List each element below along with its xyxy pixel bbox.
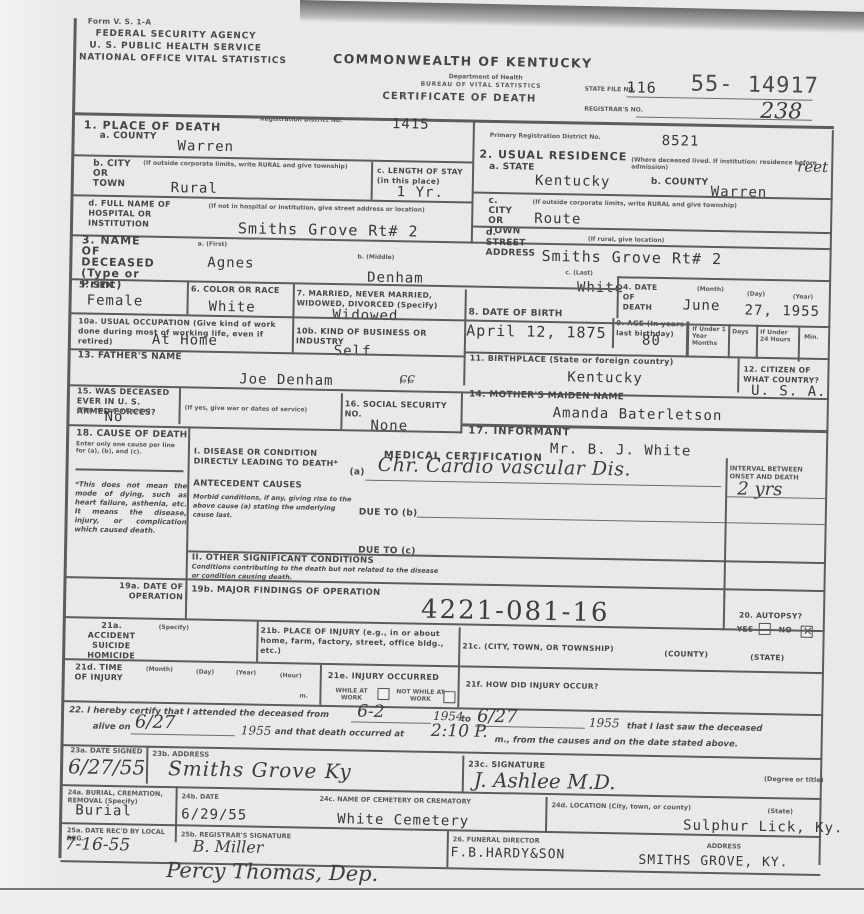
burial-date-label: 24b. DATE (182, 792, 219, 801)
accident-label: 21a. ACCIDENT SUICIDE HOMICIDE (76, 620, 147, 661)
time-of-injury-label: 21d. TIME OF INJURY (74, 662, 124, 683)
date-of-death-label: 4. DATE OF DEATH (623, 282, 664, 313)
primary-district: 8521 (662, 133, 700, 150)
state-file-prefix: 116 (626, 78, 656, 97)
scan-bottom-edge (0, 888, 864, 914)
under-24-hours-label: If Under 24 Hours (760, 329, 796, 344)
funeral-address: SMITHS GROVE, KY. (638, 853, 788, 871)
form-number: Form V. S. 1-A (88, 16, 152, 26)
residence-street-note: (If rural, give location) (588, 236, 665, 244)
accident-specify: (Specify) (159, 624, 189, 632)
cemetery-label: 24c. NAME OF CEMETERY OR CREMATORY (319, 795, 471, 806)
antecedent-label: ANTECEDENT CAUSES (193, 478, 302, 490)
registration-district: 1415 (392, 116, 430, 133)
certificate-title: CERTIFICATE OF DEATH (382, 91, 536, 105)
death-county-label: a. COUNTY (100, 131, 157, 142)
death-city: Rural (171, 180, 218, 197)
under-1-year-label: If Under 1 Year Months (692, 326, 728, 348)
first-name: Agnes (207, 255, 254, 272)
residence-city: Route (534, 211, 581, 228)
primary-district-label: Primary Registration District No. (490, 132, 601, 141)
degree-label: (Degree or title) (764, 775, 824, 784)
registrar-number-label: REGISTRAR'S NO. (584, 106, 643, 114)
cause-line-a: Chr. Cardio vascular Dis. (377, 454, 631, 481)
burial-location-state-label: (State) (767, 807, 793, 815)
physician-signature: J. Ashlee M.D. (474, 768, 616, 795)
due-to-b-label: DUE TO (b) (359, 508, 418, 519)
state-title: COMMONWEALTH OF KENTUCKY (333, 51, 593, 71)
disease-label: I. DISEASE OR CONDITION DIRECTLY LEADING… (194, 446, 344, 469)
autopsy-label: 20. AUTOPSY? (739, 611, 803, 622)
death-year-label: (Year) (793, 293, 813, 300)
death-county: Warren (177, 138, 234, 155)
father-name: Joe Denham (239, 371, 334, 389)
father-name-label: 13. FATHER'S NAME (78, 350, 182, 362)
registrar-signature: B. Miller (192, 837, 263, 857)
while-at-work-label: WHILE AT WORK (325, 687, 377, 702)
line-a-label: (a) (349, 467, 364, 477)
residence-county-label: b. COUNTY (651, 177, 709, 188)
operation-findings-label: 19b. MAJOR FINDINGS OF OPERATION (191, 584, 380, 597)
residence-state-label: a. STATE (489, 162, 535, 173)
death-day-year: 27, 1955 (744, 303, 820, 320)
race: White (208, 299, 255, 316)
burial-method: Burial (75, 802, 132, 819)
usual-residence-label: 2. USUAL RESIDENCE (479, 148, 627, 164)
institution-note: (If not in hospital or institution, give… (208, 203, 448, 214)
deputy-signature: Percy Thomas, Dep. (166, 858, 378, 886)
bureau: BUREAU OF VITAL STATISTICS (421, 81, 542, 90)
burial-date: 6/29/55 (181, 806, 247, 823)
alive-on-year: 1955 (241, 723, 272, 738)
registration-district-label: Registration District No. (260, 116, 342, 125)
injury-county-label: (COUNTY) (664, 649, 708, 660)
attended-from: 6-2 (357, 702, 385, 722)
informant-label: 17. INFORMANT (468, 426, 570, 439)
min-label: Min. (804, 334, 819, 341)
place-of-injury-label: 21b. PLACE OF INJURY (e.g., in or about … (260, 626, 457, 660)
sex: Female (86, 293, 143, 310)
injury-m-label: m. (299, 692, 308, 699)
alive-on-date: 6/27 (135, 711, 176, 733)
father-mark: ɕɕ (399, 370, 415, 386)
injury-occurred-label: 21e. INJURY OCCURRED (328, 671, 439, 683)
state-file-number: 55- 14917 (690, 72, 819, 99)
residence-city-note: (If outside corporate limits, write RURA… (532, 199, 822, 211)
death-occurred-label: and that death occurred at (275, 728, 404, 739)
injury-year-label: (Year) (236, 669, 256, 676)
date-signed: 6/27/55 (68, 754, 146, 779)
birth-date-label: 8. DATE OF BIRTH (468, 308, 562, 320)
operation-date-label: 19a. DATE OF OPERATION (75, 580, 183, 602)
left-border (58, 18, 76, 858)
institution-label: d. FULL NAME OF HOSPITAL OR INSTITUTION (88, 199, 199, 231)
antecedent-note: Morbid conditions, if any, giving rise t… (193, 492, 353, 522)
how-injury-label: 21f. HOW DID INJURY OCCUR? (466, 680, 599, 692)
certify-line-1: 22. I hereby certify that I attended the… (69, 706, 329, 720)
sex-label: 5. SEX (79, 280, 113, 291)
birthplace: Kentucky (567, 369, 643, 386)
not-at-work-checkbox[interactable] (443, 691, 455, 703)
marital-status: Widowed (332, 307, 398, 324)
last-name-label: c. (Last) (565, 269, 593, 277)
armed-forces: No (104, 409, 123, 425)
first-name-label: a. (First) (198, 241, 228, 249)
death-city-note: (If outside corporate limits, write RURA… (143, 160, 353, 171)
department: Department of Health (449, 73, 523, 81)
residence-street: Smiths Grove Rt# 2 (541, 247, 722, 268)
date-received: 7-16-55 (64, 834, 130, 855)
burial-location-label: 24d. LOCATION (City, town, or county) (551, 801, 691, 812)
injury-hour-label: (Hour) (280, 672, 302, 679)
funeral-director-label: 26. FUNERAL DIRECTOR (453, 835, 540, 845)
usual-residence-note: (Where deceased lived. If institution: r… (631, 156, 831, 174)
race-label: 6. COLOR OR RACE (191, 284, 280, 296)
injury-month-label: (Month) (146, 666, 173, 673)
funeral-director: F.B.HARDY&SON (450, 845, 565, 862)
middle-name-label: b. (Middle) (357, 253, 394, 261)
alive-on-label: alive on (93, 723, 131, 733)
armed-forces-sub: (If yes, give war or dates of service) (185, 404, 335, 414)
mother-name: Amanda Baterletson (553, 405, 723, 424)
residence-state: Kentucky (535, 173, 611, 190)
cause-of-death-note: Enter only one cause per line for (a), (… (76, 440, 186, 456)
birth-date: April 12, 1875 (466, 321, 607, 342)
while-at-work-checkbox[interactable] (377, 688, 389, 700)
death-month: June (683, 297, 721, 314)
certify-text-c: m., from the causes and on the date stat… (495, 736, 739, 749)
certify-text-b: that I last saw the deceased (627, 722, 763, 733)
residence-street-label: d. STREET ADDRESS (485, 228, 536, 259)
business-label: 10b. KIND OF BUSINESS OR INDUSTRY (296, 326, 466, 349)
attended-year-2: 1955 (589, 716, 620, 731)
death-city-label: b. CITY OR TOWN (93, 159, 136, 190)
death-day-label: (Day) (747, 291, 765, 298)
physician-address: Smiths Grove Ky (168, 756, 352, 783)
business: Self (334, 343, 372, 360)
funeral-address-label: ADDRESS (707, 842, 741, 851)
registrar-number: 238 (760, 99, 802, 125)
injury-city-label: 21c. (CITY, TOWN, OR TOWNSHIP) (462, 641, 614, 654)
cause-footnote: *This does not mean the mode of dying, s… (74, 480, 187, 536)
certify-text-a: 22. I hereby certify that I attended the… (69, 705, 329, 720)
death-certificate: Form V. S. 1-A FEDERAL SECURITY AGENCY U… (46, 8, 852, 892)
cause-of-death-label: 18. CAUSE OF DEATH (76, 428, 188, 440)
mother-name-label: 14. MOTHER'S MAIDEN NAME (469, 390, 624, 403)
days-label: Days (732, 328, 748, 335)
injury-state-label: (STATE) (750, 653, 785, 664)
injury-day-label: (Day) (196, 669, 214, 676)
death-month-label: (Month) (697, 286, 724, 293)
death-time: 2:10 P. (431, 721, 488, 742)
occupation: At Home (152, 332, 218, 349)
not-at-work-label: NOT WHILE AT WORK (393, 688, 447, 703)
age: 80 (642, 333, 661, 349)
length-of-stay: 1 Yr. (397, 184, 444, 201)
